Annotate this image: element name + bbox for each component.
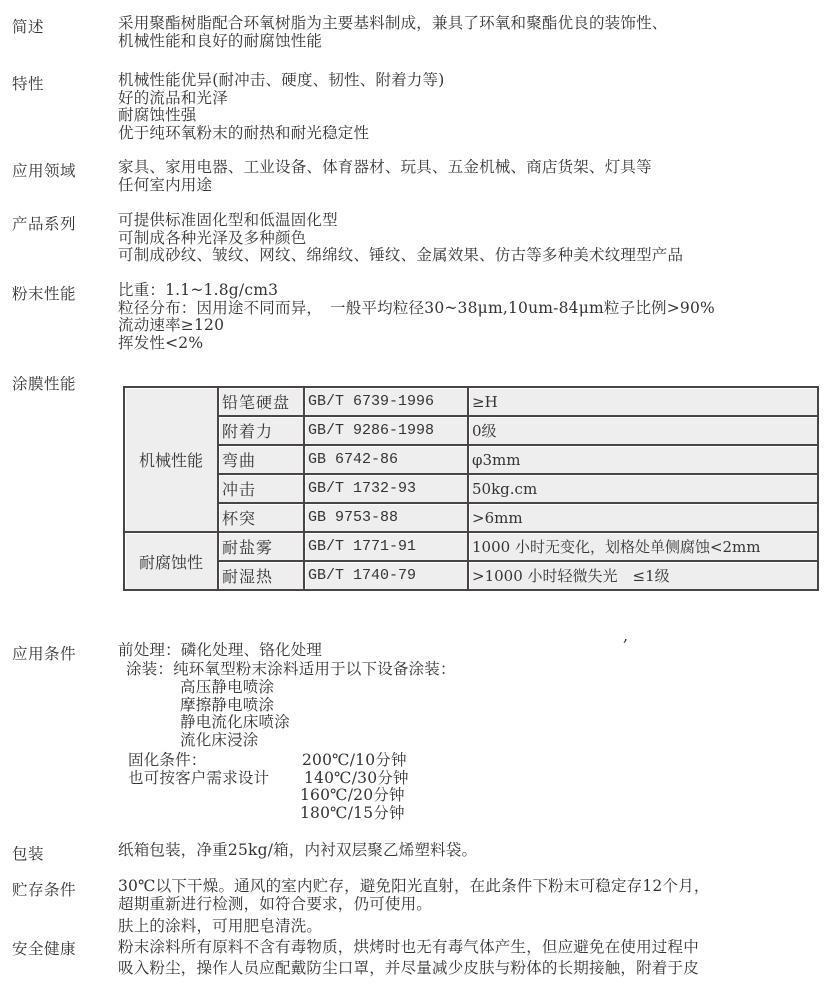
table-cell-item: 附着力 [218, 416, 304, 445]
applications-line: 任何室内用途 [118, 177, 652, 195]
section-label-storage: 贮存条件 [12, 878, 76, 900]
coating-method: 摩擦静电喷涂 [180, 697, 290, 715]
coating-method: 高压静电喷涂 [180, 679, 290, 697]
powder-property: 挥发性<2% [118, 335, 715, 353]
table-row: 弯曲 GB 6742-86 φ3mm [124, 445, 818, 474]
section-label-application-conditions: 应用条件 [12, 642, 76, 664]
section-label-film-properties: 涂膜性能 [12, 372, 76, 394]
film-properties-table: 机械性能 铅笔硬盘 GB/T 6739-1996 ≥H 附着力 GB/T 928… [123, 386, 819, 591]
curing-schedule: 200℃/10分钟 [300, 752, 409, 770]
section-label-product-series: 产品系列 [12, 212, 76, 234]
pretreatment-text: 前处理：磷化处理、铬化处理 [118, 642, 322, 660]
table-cell-standard: GB/T 1740-79 [304, 561, 468, 590]
table-cell-value: >1000 小时轻微失光 ≤1级 [468, 561, 818, 590]
product-series-item: 可制成各种光泽及多种颜色 [118, 230, 683, 248]
table-cell-item: 冲击 [218, 474, 304, 503]
table-row: 耐湿热 GB/T 1740-79 >1000 小时轻微失光 ≤1级 [124, 561, 818, 590]
stray-comma: , [623, 626, 628, 645]
table-cell-value: ≥H [468, 387, 818, 416]
section-label-features: 特性 [12, 72, 44, 94]
storage-line: 超期重新进行检测，如符合要求，仍可使用。 [118, 896, 710, 914]
table-row: 杯突 GB 9753-88 >6mm [124, 503, 818, 532]
coating-methods-list: 高压静电喷涂 摩擦静电喷涂 静电流化床喷涂 流化床浸涂 [180, 679, 290, 749]
curing-schedule: 140℃/30分钟 [300, 770, 409, 788]
feature-item: 机械性能优异(耐冲击、硬度、韧性、附着力等) [118, 72, 445, 90]
safety-text: 粉末涂料所有原料不含有毒物质，烘烤时也无有毒气体产生，但应避免在使用过程中 吸入… [118, 937, 699, 979]
product-series-item: 可制成砂纹、皱纹、网纹、绵绵纹、锤纹、金属效果、仿古等多种美术纹理型产品 [118, 247, 683, 265]
table-cell-item: 耐湿热 [218, 561, 304, 590]
safety-overflow-line: 肤上的涂料，可用肥皂清洗。 [118, 918, 322, 936]
feature-item: 好的流品和光泽 [118, 90, 445, 108]
powder-properties-list: 比重：1.1~1.8g/cm3 粒径分布：因用途不同而异， 一般平均粒径30~3… [118, 282, 715, 352]
curing-label: 固化条件： [128, 752, 207, 770]
table-cell-standard: GB/T 1771-91 [304, 532, 468, 561]
coating-intro: 涂装：纯环氧型粉末涂料适用于以下设备涂装： [126, 661, 456, 679]
applications-text: 家具、家用电器、工业设备、体育器材、玩具、五金机械、商店货架、灯具等 任何室内用… [118, 159, 652, 194]
section-label-summary: 简述 [12, 15, 44, 37]
curing-schedule: 160℃/20分钟 [300, 787, 409, 805]
group-mechanical: 机械性能 [124, 387, 218, 532]
storage-text: 30℃以下干燥。通风的室内贮存，避免阳光直射，在此条件下粉末可稳定存12个月， … [118, 878, 710, 913]
table-cell-standard: GB/T 9286-1998 [304, 416, 468, 445]
powder-property: 粒径分布：因用途不同而异， 一般平均粒径30~38μm,10um-84μm粒子比… [118, 300, 715, 318]
table-row: 附着力 GB/T 9286-1998 0级 [124, 416, 818, 445]
table-cell-value: 0级 [468, 416, 818, 445]
section-label-applications: 应用领域 [12, 159, 76, 181]
table-cell-value: 50kg.cm [468, 474, 818, 503]
table-cell-item: 弯曲 [218, 445, 304, 474]
table-cell-item: 耐盐雾 [218, 532, 304, 561]
table-row: 机械性能 铅笔硬盘 GB/T 6739-1996 ≥H [124, 387, 818, 416]
table-cell-item: 杯突 [218, 503, 304, 532]
curing-note: 也可按客户需求设计 [128, 770, 269, 788]
safety-line: 吸入粉尘，操作人员应配戴防尘口罩，并尽量减少皮肤与粉体的长期接触，附着于皮 [118, 958, 699, 979]
powder-property: 流动速率≥120 [118, 317, 715, 335]
table-cell-value: φ3mm [468, 445, 818, 474]
table-row: 冲击 GB/T 1732-93 50kg.cm [124, 474, 818, 503]
safety-line: 粉末涂料所有原料不含有毒物质，烘烤时也无有毒气体产生，但应避免在使用过程中 [118, 937, 699, 958]
coating-method: 流化床浸涂 [180, 732, 290, 750]
packaging-text: 纸箱包装，净重25kg/箱，内衬双层聚乙烯塑料袋。 [118, 842, 477, 860]
section-label-powder-properties: 粉末性能 [12, 282, 76, 304]
table-cell-standard: GB 9753-88 [304, 503, 468, 532]
summary-line: 采用聚酯树脂配合环氧树脂为主要基料制成，兼具了环氧和聚酯优良的装饰性、 [118, 15, 668, 33]
storage-line: 30℃以下干燥。通风的室内贮存，避免阳光直射，在此条件下粉末可稳定存12个月， [118, 878, 710, 896]
product-series-item: 可提供标准固化型和低温固化型 [118, 212, 683, 230]
table-cell-standard: GB 6742-86 [304, 445, 468, 474]
curing-schedule: 180℃/15分钟 [300, 805, 409, 823]
table-cell-item: 铅笔硬盘 [218, 387, 304, 416]
group-corrosion: 耐腐蚀性 [124, 532, 218, 590]
section-label-packaging: 包装 [12, 842, 44, 864]
table-cell-standard: GB/T 6739-1996 [304, 387, 468, 416]
curing-schedules: 200℃/10分钟 140℃/30分钟 160℃/20分钟 180℃/15分钟 [300, 752, 409, 822]
powder-property: 比重：1.1~1.8g/cm3 [118, 282, 715, 300]
section-label-safety: 安全健康 [12, 937, 76, 959]
feature-item: 优于纯环氧粉末的耐热和耐光稳定性 [118, 125, 445, 143]
coating-method: 静电流化床喷涂 [180, 714, 290, 732]
table-row: 耐腐蚀性 耐盐雾 GB/T 1771-91 1000 小时无变化，划格处单侧腐蚀… [124, 532, 818, 561]
applications-line: 家具、家用电器、工业设备、体育器材、玩具、五金机械、商店货架、灯具等 [118, 159, 652, 177]
table-cell-standard: GB/T 1732-93 [304, 474, 468, 503]
product-series-list: 可提供标准固化型和低温固化型 可制成各种光泽及多种颜色 可制成砂纹、皱纹、网纹、… [118, 212, 683, 265]
table-cell-value: 1000 小时无变化，划格处单侧腐蚀<2mm [468, 532, 818, 561]
summary-text: 采用聚酯树脂配合环氧树脂为主要基料制成，兼具了环氧和聚酯优良的装饰性、 机械性能… [118, 15, 668, 50]
table-cell-value: >6mm [468, 503, 818, 532]
summary-line: 机械性能和良好的耐腐蚀性能 [118, 33, 668, 51]
feature-item: 耐腐蚀性强 [118, 107, 445, 125]
features-list: 机械性能优异(耐冲击、硬度、韧性、附着力等) 好的流品和光泽 耐腐蚀性强 优于纯… [118, 72, 445, 142]
